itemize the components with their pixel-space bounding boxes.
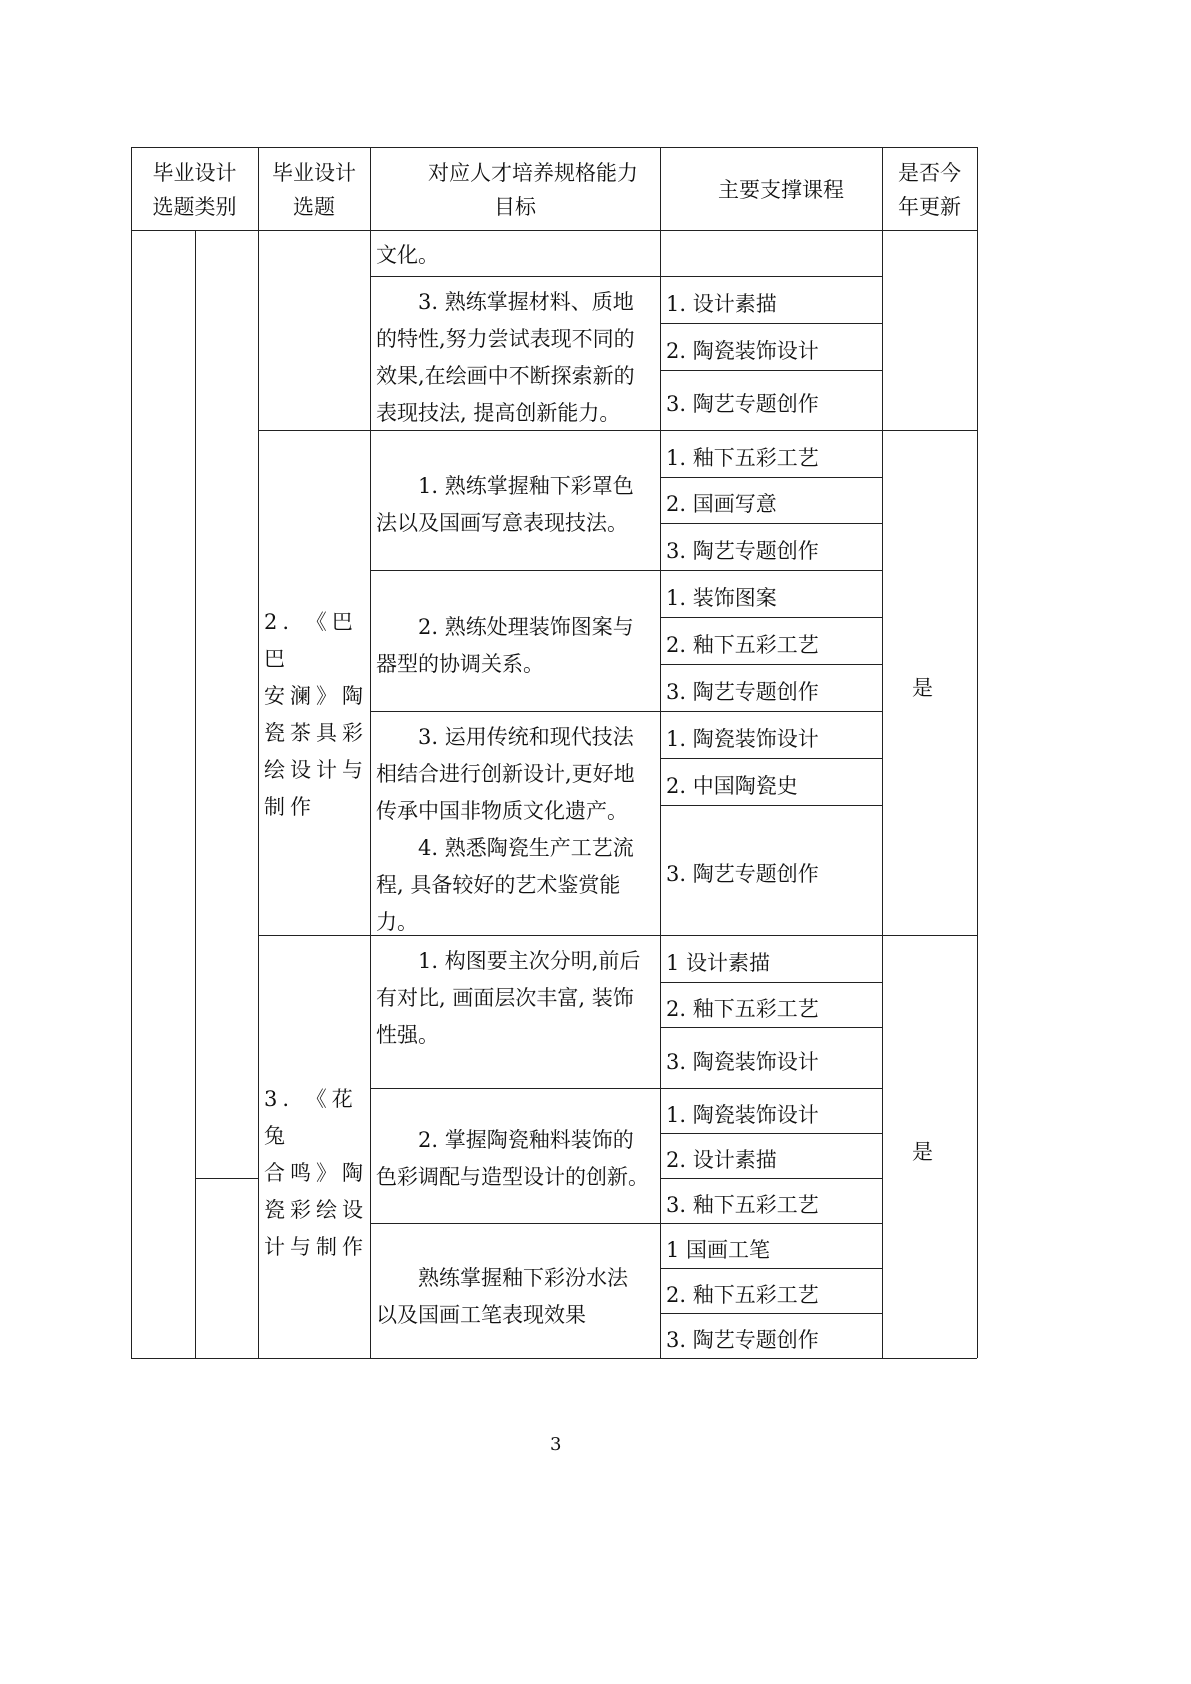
- course-item: 3. 陶艺专题创作: [666, 858, 819, 888]
- course-item: 2. 设计素描: [666, 1144, 777, 1174]
- course-divider: [660, 1268, 882, 1269]
- category-subcol-divider: [195, 230, 196, 1358]
- header-courses: 主要支撑课程: [660, 173, 882, 207]
- course-item: 2. 国画写意: [666, 488, 777, 518]
- table-right-border: [977, 147, 978, 1358]
- row-divider: [370, 276, 882, 277]
- course-item: 2. 釉下五彩工艺: [666, 629, 819, 659]
- course-divider: [660, 617, 882, 618]
- course-divider: [660, 758, 882, 759]
- course-divider: [660, 982, 882, 983]
- header-ability-goal: 对应人才培养规格能力 目标: [370, 156, 660, 224]
- course-item: 2. 釉下五彩工艺: [666, 1279, 819, 1309]
- updated-flag: 是: [912, 1136, 933, 1166]
- course-divider: [660, 805, 882, 806]
- goal-text: 3. 运用传统和现代技法 相结合进行创新设计,更好地 传承中国非物质文化遗产。 …: [376, 719, 661, 941]
- goal-text: 2. 熟练处理装饰图案与 器型的协调关系。: [376, 609, 661, 683]
- course-item: 1. 设计素描: [666, 288, 777, 318]
- course-item: 2. 釉下五彩工艺: [666, 993, 819, 1023]
- course-item: 3. 陶艺专题创作: [666, 535, 819, 565]
- course-item: 3. 陶瓷装饰设计: [666, 1046, 819, 1076]
- topic-title: 3. 《花兔 合鸣》陶 瓷彩绘设 计与制作: [264, 1081, 370, 1266]
- goal-divider: [370, 1088, 882, 1089]
- category-subcol-split: [195, 1178, 258, 1179]
- goal-text: 熟练掌握釉下彩汾水法 以及国画工笔表现效果: [376, 1260, 661, 1334]
- updated-flag: 是: [912, 672, 933, 702]
- course-divider: [660, 1313, 882, 1314]
- course-item: 2. 中国陶瓷史: [666, 770, 798, 800]
- course-item: 1. 釉下五彩工艺: [666, 442, 819, 472]
- goal-col-divider: [370, 147, 371, 1358]
- course-divider: [660, 370, 882, 371]
- goal-text: 文化。: [376, 232, 439, 278]
- table-bottom-border: [131, 1358, 977, 1359]
- course-item: 3. 陶艺专题创作: [666, 388, 819, 418]
- course-item: 1. 陶瓷装饰设计: [666, 723, 819, 753]
- course-divider: [660, 523, 882, 524]
- goal-text: 3. 熟练掌握材料、质地 的特性,努力尝试表现不同的 效果,在绘画中不断探索新的…: [376, 284, 661, 432]
- topic-title: 2. 《巴巴 安澜》陶 瓷茶具彩 绘设计与 制作: [264, 604, 370, 826]
- table-left-border: [131, 147, 132, 1358]
- topic-col-divider: [258, 147, 259, 1358]
- course-item: 3. 釉下五彩工艺: [666, 1189, 819, 1219]
- goal-divider: [370, 570, 882, 571]
- course-item: 3. 陶艺专题创作: [666, 676, 819, 706]
- course-item: 1 国画工笔: [666, 1234, 770, 1264]
- course-divider: [660, 477, 882, 478]
- course-item: 1 设计素描: [666, 947, 770, 977]
- course-divider: [660, 1133, 882, 1134]
- course-divider: [660, 323, 882, 324]
- course-item: 3. 陶艺专题创作: [666, 1324, 819, 1354]
- goal-text: 2. 掌握陶瓷釉料装饰的 色彩调配与造型设计的创新。: [376, 1122, 661, 1196]
- goal-text: 1. 熟练掌握釉下彩罩色 法以及国画写意表现技法。: [376, 468, 661, 542]
- goal-divider: [370, 711, 882, 712]
- goal-divider: [370, 1223, 882, 1224]
- course-item: 2. 陶瓷装饰设计: [666, 335, 819, 365]
- header-updated: 是否今 年更新: [882, 156, 977, 224]
- page-number: 3: [550, 1434, 561, 1455]
- header-topic: 毕业设计 选题: [258, 156, 370, 224]
- course-divider: [660, 1178, 882, 1179]
- course-divider: [660, 1027, 882, 1028]
- updated-col-divider: [882, 147, 883, 1358]
- course-item: 1. 装饰图案: [666, 582, 777, 612]
- goal-text: 1. 构图要主次分明,前后 有对比, 画面层次丰富, 装饰 性强。: [376, 943, 661, 1054]
- header-category: 毕业设计 选题类别: [131, 156, 258, 224]
- course-divider: [660, 664, 882, 665]
- course-item: 1. 陶瓷装饰设计: [666, 1099, 819, 1129]
